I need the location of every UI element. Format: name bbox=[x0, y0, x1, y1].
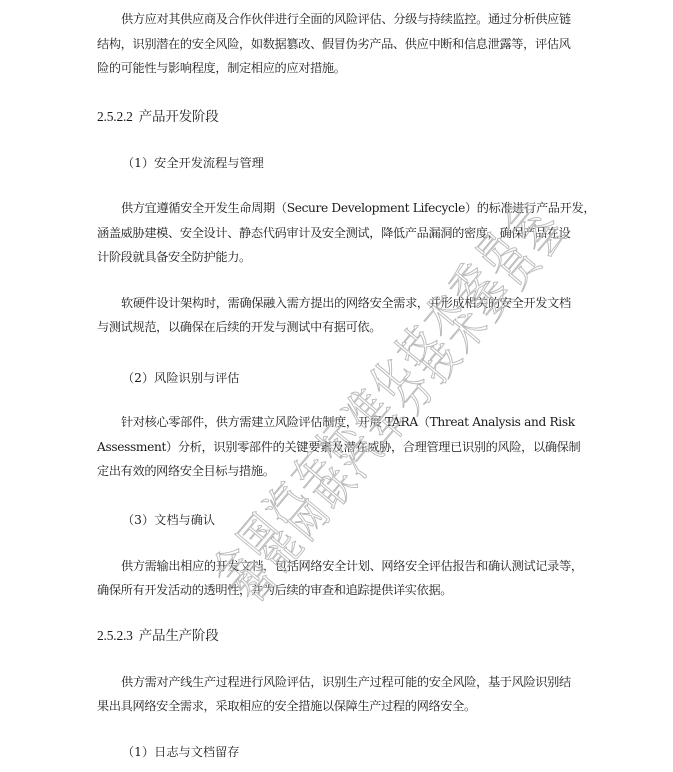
paragraph-line: 确保所有开发活动的透明性，并为后续的审查和追踪提供详实依据。 bbox=[97, 582, 575, 598]
subheading: （3）文档与确认 bbox=[122, 512, 215, 528]
paragraph-line: 供方应对其供应商及合作伙伴进行全面的风险评估、分级与持续监控。通过分析供应链 bbox=[121, 11, 575, 27]
section-heading-2-5-2-3: 2.5.2.3产品生产阶段 bbox=[97, 627, 219, 645]
paragraph-line: 计阶段就具备安全防护能力。 bbox=[97, 249, 575, 265]
paragraph-line: 与测试规范，以确保在后续的开发与测试中有据可依。 bbox=[97, 319, 575, 335]
paragraph-line: 果出具网络安全需求，采取相应的安全措施以保障生产过程的网络安全。 bbox=[97, 698, 575, 714]
paragraph-line: 供方需输出相应的开发文档，包括网络安全计划、网络安全评估报告和确认测试记录等， bbox=[121, 558, 575, 574]
paragraph-line: 定出有效的网络安全目标与措施。 bbox=[97, 463, 575, 479]
paragraph-line: Assessment）分析，识别零部件的关键要素及潜在威胁，合理管理已识别的风险… bbox=[97, 439, 575, 455]
subheading: （1）日志与文档留存 bbox=[122, 744, 239, 760]
watermark-line-1: 全国汽车标准化技术委员会 bbox=[196, 183, 554, 595]
subheading: （2）风险识别与评估 bbox=[122, 370, 239, 386]
paragraph-line: 供方需对产线生产过程进行风险评估，识别生产过程可能的安全风险，基于风险识别结 bbox=[121, 674, 575, 690]
document-page: 供方应对其供应商及合作伙伴进行全面的风险评估、分级与持续监控。通过分析供应链 结… bbox=[0, 0, 673, 772]
paragraph-line: 结构，识别潜在的安全风险，如数据篡改、假冒伪劣产品、供应中断和信息泄露等，评估风 bbox=[97, 36, 575, 52]
paragraph-line: 险的可能性与影响程度，制定相应的应对措施。 bbox=[97, 60, 575, 76]
section-heading-2-5-2-2: 2.5.2.2产品开发阶段 bbox=[97, 108, 219, 126]
section-number: 2.5.2.2 bbox=[97, 109, 133, 124]
subheading: （1）安全开发流程与管理 bbox=[122, 155, 264, 171]
paragraph-line: 软硬件设计架构时，需确保融入需方提出的网络安全需求，并形成相关的安全开发文档 bbox=[121, 295, 575, 311]
section-title: 产品生产阶段 bbox=[139, 628, 219, 644]
paragraph-line: 涵盖威胁建模、安全设计、静态代码审计及安全测试，降低产品漏洞的密度，确保产品在设 bbox=[97, 225, 575, 241]
paragraph-line: 针对核心零部件，供方需建立风险评估制度，开展 TARA（Threat Analy… bbox=[121, 414, 575, 430]
paragraph-line: 供方宜遵循安全开发生命周期（Secure Development Lifecyc… bbox=[121, 200, 575, 216]
section-title: 产品开发阶段 bbox=[139, 109, 219, 125]
section-number: 2.5.2.3 bbox=[97, 628, 133, 643]
